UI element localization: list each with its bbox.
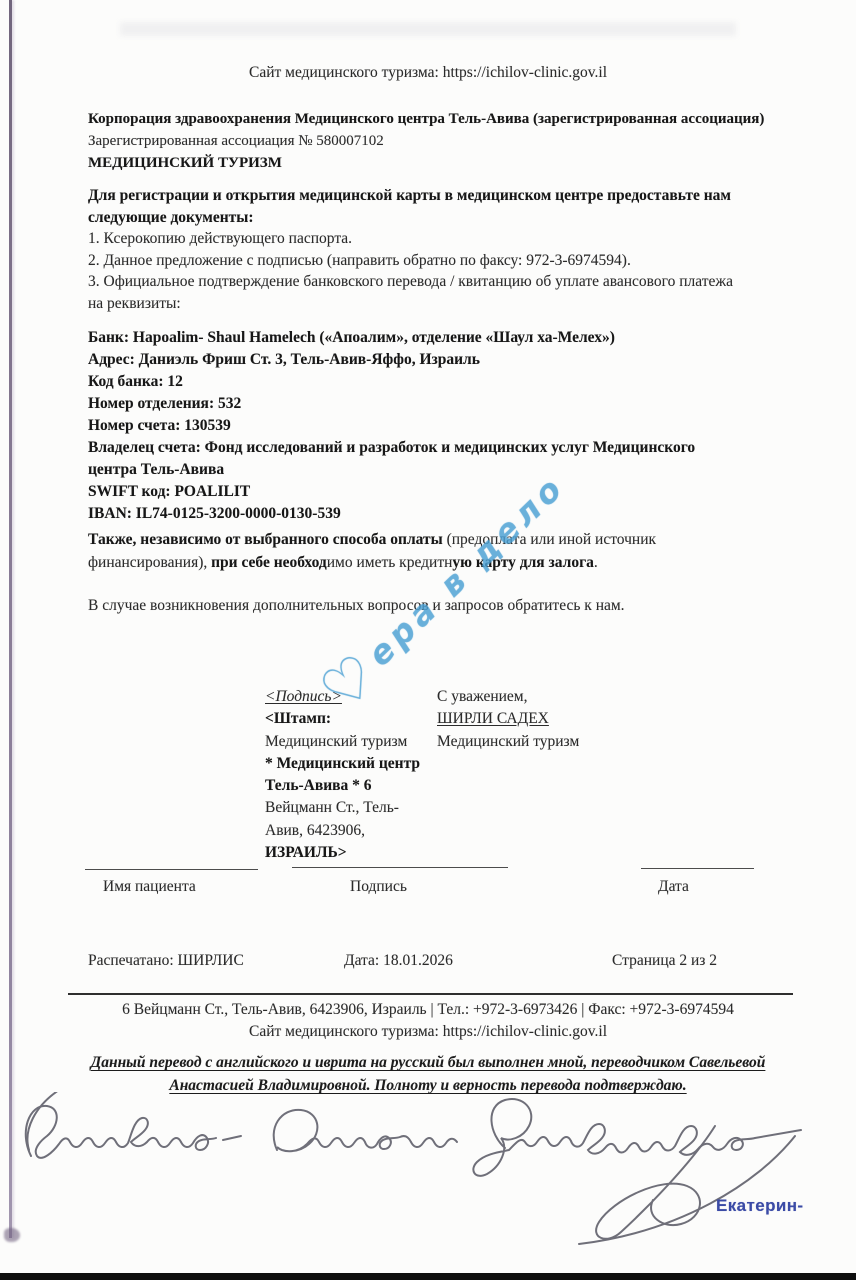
closing-block: С уважением, ШИРЛИ САДЕХ Медицинский тур… <box>437 686 579 753</box>
footer-site-url: Сайт медицинского туризма: https://ichil… <box>0 1023 856 1041</box>
date-label: Дата <box>658 878 689 896</box>
stamp-block: <Подпись> <Штамп: Медицинский туризм * М… <box>265 686 420 864</box>
signature-stroke-left-arc <box>27 1092 59 1150</box>
deposit-note-bold-2: при себе необход <box>211 554 327 571</box>
deposit-note: Также, независимо от выбранного способа … <box>88 528 656 574</box>
bank-owner-line-cont: центра Тель-Авива <box>88 459 695 481</box>
date-signature-line <box>641 868 754 869</box>
stamp-line-israel: ИЗРАИЛЬ> <box>265 842 420 864</box>
screenshot-bottom-bar <box>0 1273 856 1280</box>
notary-name-stamp: Екатерин- <box>716 1196 803 1216</box>
bank-code-line: Код банка: 12 <box>88 371 695 393</box>
deposit-note-reg-2: финансирования), <box>88 554 211 571</box>
closing-regards: С уважением, <box>437 686 579 708</box>
site-url-header: Сайт медицинского туризма: https://ichil… <box>0 64 856 82</box>
org-department: МЕДИЦИНСКИЙ ТУРИЗМ <box>88 152 764 174</box>
stamp-line-telaviv: Тель-Авива * 6 <box>265 775 420 797</box>
signature-stroke-word2 <box>274 1110 457 1151</box>
bank-details-block: Банк: Hapoalim- Shaul Hamelech («Апоалим… <box>88 327 695 525</box>
deposit-note-bold-1: Также, независимо от выбранного способа … <box>88 531 443 548</box>
closing-department: Медицинский туризм <box>437 731 579 753</box>
requirement-item-1: 1. Ксерокопию действующего паспорта. <box>88 228 733 250</box>
patient-name-label: Имя пациента <box>103 878 196 896</box>
signature-stroke-hyphen <box>223 1136 241 1140</box>
handwritten-signature <box>15 1092 835 1257</box>
patient-name-signature-line <box>85 869 258 870</box>
bank-account-line: Номер счета: 130539 <box>88 415 695 437</box>
deposit-note-period: . <box>594 554 598 571</box>
scan-edge-line <box>9 0 12 1238</box>
requirement-item-3: 3. Официальное подтверждение банковского… <box>88 271 733 293</box>
closing-signer-name: ШИРЛИ САДЕХ <box>437 708 579 730</box>
deposit-note-reg-1: (предоплата или иной источник <box>443 531 656 548</box>
org-name: Корпорация здравоохранения Медицинского … <box>88 108 764 130</box>
translator-note-line1: Данный перевод с английского и иврита на… <box>63 1051 793 1074</box>
org-block: Корпорация здравоохранения Медицинского … <box>88 108 764 174</box>
deposit-note-bold-3: ую карту для залога <box>452 554 594 571</box>
signature-stroke-flourish-cross <box>579 1136 795 1244</box>
requirements-heading-line1: Для регистрации и открытия медицинской к… <box>88 185 733 207</box>
stamp-line-zip: Авив, 6423906, <box>265 820 420 842</box>
scan-ghost-artifact <box>120 22 736 36</box>
print-date: Дата: 18.01.2026 <box>344 952 453 970</box>
bank-swift-line: SWIFT код: POALILIT <box>88 481 695 503</box>
bank-address-line: Адрес: Даниэль Фриш Ст. 3, Тель-Авив-Яфф… <box>88 349 695 371</box>
org-registration-number: Зарегистрированная ассоциация № 58000710… <box>88 130 764 152</box>
bank-name-line: Банк: Hapoalim- Shaul Hamelech («Апоалим… <box>88 327 695 349</box>
signature-stroke-word3 <box>473 1099 801 1176</box>
page-number: Страница 2 из 2 <box>612 952 717 970</box>
footer-rule <box>68 993 793 995</box>
translator-note: Данный перевод с английского и иврита на… <box>63 1051 793 1097</box>
stamp-line-center: * Медицинский центр <box>265 753 420 775</box>
signature-placeholder: <Подпись> <box>265 686 420 708</box>
contact-note: В случае возникновения дополнительных во… <box>88 597 625 615</box>
bank-branch-line: Номер отделения: 532 <box>88 393 695 415</box>
footer-address: 6 Вейцманн Ст., Тель-Авив, 6423906, Изра… <box>0 1001 856 1019</box>
scanned-document-page: Сайт медицинского туризма: https://ichil… <box>0 0 856 1280</box>
requirements-block: Для регистрации и открытия медицинской к… <box>88 185 733 314</box>
requirements-heading-line2: следующие документы: <box>88 207 733 229</box>
requirement-item-3-cont: на реквизиты: <box>88 293 733 315</box>
stamp-open-line: <Штамп: <box>265 708 420 730</box>
deposit-note-reg-3: имо иметь кредитн <box>327 554 453 571</box>
bank-owner-line: Владелец счета: Фонд исследований и разр… <box>88 437 695 459</box>
printed-by: Распечатано: ШИРЛИС <box>88 952 244 970</box>
stamp-line-tourism: Медицинский туризм <box>265 731 420 753</box>
signature-signature-line <box>292 867 508 868</box>
bank-iban-line: IBAN: IL74-0125-3200-0000-0130-539 <box>88 503 695 525</box>
signature-stroke-word1 <box>26 1106 216 1158</box>
requirement-item-2: 2. Данное предложение с подписью (направ… <box>88 250 733 272</box>
stamp-line-street: Вейцманн Ст., Тель- <box>265 797 420 819</box>
signature-label: Подпись <box>350 878 407 896</box>
